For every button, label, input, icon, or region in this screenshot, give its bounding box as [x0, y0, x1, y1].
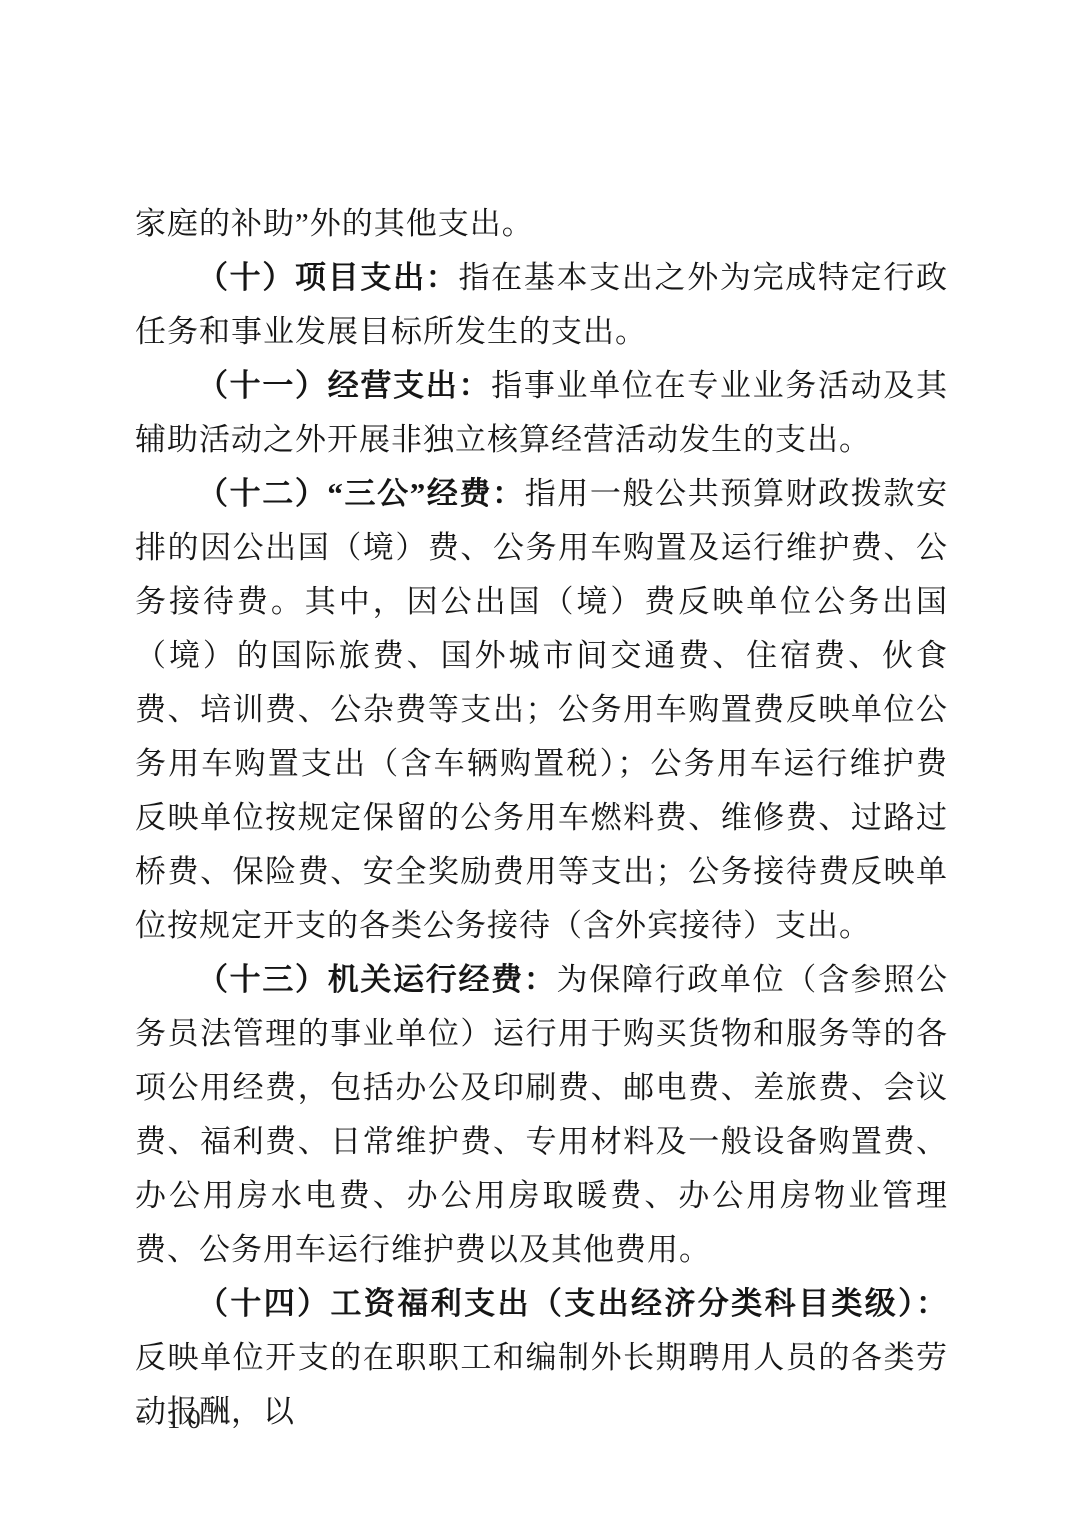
paragraph-item-13: （十三）机关运行经费：为保障行政单位（含参照公务员法管理的事业单位）运行用于购买… — [135, 953, 948, 1277]
paragraph-heading: （十二）“三公”经费： — [197, 476, 525, 511]
paragraph-text: 为保障行政单位（含参照公务员法管理的事业单位）运行用于购买货物和服务等的各项公用… — [135, 962, 948, 1267]
page-number: - 10 - — [137, 1404, 237, 1435]
paragraph-heading: （十）项目支出： — [197, 260, 458, 295]
paragraph-heading: （十三）机关运行经费： — [197, 962, 557, 997]
document-page: 家庭的补助”外的其他支出。 （十）项目支出：指在基本支出之外为完成特定行政任务和… — [0, 0, 1076, 1519]
paragraph-item-14: （十四）工资福利支出（支出经济分类科目类级）：反映单位开支的在职职工和编制外长期… — [135, 1277, 948, 1439]
paragraph-continuation: 家庭的补助”外的其他支出。 — [135, 197, 948, 251]
paragraph-text: 指用一般公共预算财政拨款安排的因公出国（境）费、公务用车购置及运行维护费、公务接… — [135, 476, 948, 943]
paragraph-item-11: （十一）经营支出：指事业单位在专业业务活动及其辅助活动之外开展非独立核算经营活动… — [135, 359, 948, 467]
document-body: 家庭的补助”外的其他支出。 （十）项目支出：指在基本支出之外为完成特定行政任务和… — [135, 197, 948, 1439]
paragraph-text: 反映单位开支的在职职工和编制外长期聘用人员的各类劳动报酬，以 — [135, 1340, 948, 1429]
paragraph-item-12: （十二）“三公”经费：指用一般公共预算财政拨款安排的因公出国（境）费、公务用车购… — [135, 467, 948, 953]
paragraph-heading: （十一）经营支出： — [197, 368, 491, 403]
paragraph-text: 家庭的补助”外的其他支出。 — [135, 206, 534, 241]
paragraph-heading: （十四）工资福利支出（支出经济分类科目类级）： — [197, 1286, 948, 1321]
paragraph-item-10: （十）项目支出：指在基本支出之外为完成特定行政任务和事业发展目标所发生的支出。 — [135, 251, 948, 359]
